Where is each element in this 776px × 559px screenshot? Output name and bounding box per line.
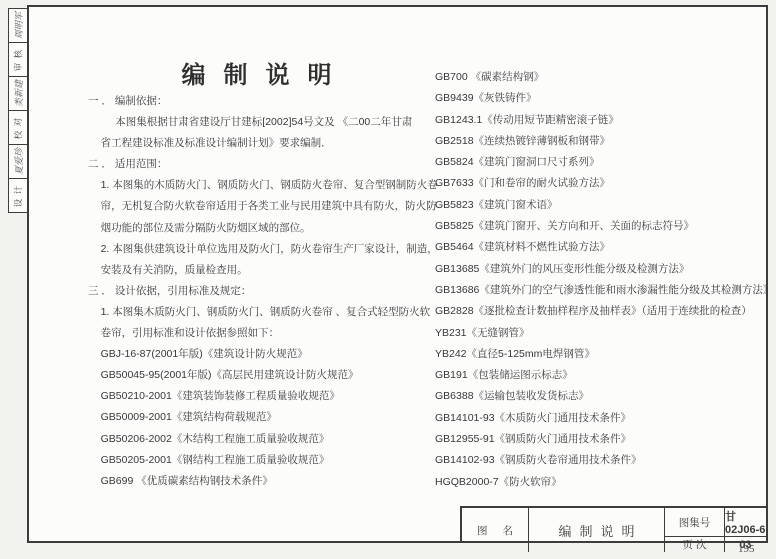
text-line: 二 ． 适用范围：	[88, 154, 436, 175]
text-line: GB9439《灰铁铸件》	[435, 88, 767, 109]
text-line: GB2518《连续热镀锌薄钢板和钢带》	[435, 131, 767, 152]
reviewer-label-text: 审 核	[13, 48, 25, 70]
sidebar-cell-reviewer-label: 审 核	[9, 43, 28, 77]
drawing-name-value: 编制说明	[528, 508, 664, 552]
text-line: GB13685《建筑外门的风压变形性能分级及检测方法》	[435, 259, 767, 280]
drawing-frame: 编 制 说 明 一 ． 编制依据：本图集根据甘肃省建设厅甘建标[2002]54号…	[27, 5, 768, 543]
text-line: GB1243.1《传动用短节距精密滚子链》	[435, 110, 767, 131]
text-line: GB700 《碳素结构钢》	[435, 67, 767, 88]
text-line: 省工程建设标准及标准设计编制计划》要求编制．	[88, 133, 436, 154]
designer-label-text: 设 计	[13, 184, 25, 206]
proofreader-label-text: 校 对	[13, 116, 25, 138]
sidebar-cell-proofreader-label: 校 对	[9, 111, 28, 145]
text-line: GB5823《建筑门窗术语》	[435, 195, 767, 216]
proofreader-signature-text: 类新建	[12, 80, 25, 107]
atlas-number-value: 甘02J06-6	[724, 508, 766, 536]
reviewer-signature-text: 周明军	[12, 12, 25, 39]
right-text-column: GB700 《碳素结构钢》GB9439《灰铁铸件》GB1243.1《传动用短节距…	[435, 67, 767, 493]
text-line: 三 ． 设计依据，引用标准及规定：	[88, 281, 436, 302]
page-index-label: 页 次	[664, 536, 724, 552]
sidebar-cell-reviewer-signature: 周明军	[9, 9, 28, 43]
text-line: GB699 《优质碳素结构钢技术条件》	[88, 471, 436, 492]
text-line: GB50206-2002《木结构工程施工质量验收规范》	[88, 429, 436, 450]
drawing-name-label: 图 名	[462, 508, 528, 552]
text-line: HGQB2000-7《防火软帘》	[435, 472, 767, 493]
left-text-column: 一 ． 编制依据：本图集根据甘肃省建设厅甘建标[2002]54号文及 《二00二…	[88, 91, 436, 492]
atlas-number-label: 图集号	[664, 508, 724, 536]
page-title: 编 制 说 明	[87, 55, 432, 90]
sheet-page-number: 195	[738, 543, 755, 555]
text-line: 1. 本图集木质防火门、钢质防火门、钢质防火卷帘 、复合式轻型防火软	[88, 302, 436, 323]
text-line: GB7633《门和卷帘的耐火试验方法》	[435, 173, 767, 194]
text-line: GB12955-91《钢质防火门通用技术条件》	[435, 429, 767, 450]
text-line: 一 ． 编制依据：	[88, 91, 436, 112]
sidebar-cell-proofreader-signature: 类新建	[9, 77, 28, 111]
text-line: GB5824《建筑门窗洞口尺寸系列》	[435, 152, 767, 173]
text-line: GB14102-93《钢质防火卷帘通用技术条件》	[435, 450, 767, 471]
text-line: YB231《无缝钢管》	[435, 323, 767, 344]
designer-signature-text: 夏爱珍	[12, 148, 25, 175]
text-line: 烟功能的部位及需分隔防火防烟区域的部位。	[88, 218, 436, 239]
text-line: GB6388《运输包装收发货标志》	[435, 386, 767, 407]
text-line: GB5825《建筑门窗开、关方向和开、关面的标志符号》	[435, 216, 767, 237]
text-line: GB50045-95(2001年版)《高层民用建筑设计防火规范》	[88, 365, 436, 386]
text-line: GB50205-2001《钢结构工程施工质量验收规范》	[88, 450, 436, 471]
text-line: GBJ-16-87(2001年版)《建筑设计防火规范》	[88, 344, 436, 365]
text-line: 2. 本图集供建筑设计单位选用及防火门，防火卷帘生产厂家设计，制造，	[88, 239, 436, 260]
text-line: GB191《包装储运图示标志》	[435, 365, 767, 386]
sidebar-cell-designer-signature: 夏爱珍	[9, 145, 28, 179]
text-line: 卷帘，引用标准和设计依据参照如下：	[88, 323, 436, 344]
signature-sidebar: 周明军 审 核 类新建 校 对 夏爱珍 设 计	[8, 8, 28, 213]
text-line: GB50009-2001《建筑结构荷载规范》	[88, 407, 436, 428]
title-block: 图 名 编制说明 图集号 甘02J06-6 页 次 03	[460, 506, 768, 543]
text-line: GB50210-2001《建筑装饰装修工程质量验收规范》	[88, 386, 436, 407]
text-line: 本图集根据甘肃省建设厅甘建标[2002]54号文及 《二00二年甘肃	[88, 112, 436, 133]
text-line: 1. 本图集的木质防火门、钢质防火门、钢质防火卷帘、复合型钢制防火卷	[88, 175, 436, 196]
text-line: GB13686《建筑外门的空气渗透性能和雨水渗漏性能分级及其检测方法》	[435, 280, 767, 301]
text-line: YB242《直径5-125mm电焊钢管》	[435, 344, 767, 365]
text-line: GB14101-93《木质防火门通用技术条件》	[435, 408, 767, 429]
text-line: GB5464《建筑材料不燃性试验方法》	[435, 237, 767, 258]
sidebar-cell-designer-label: 设 计	[9, 179, 28, 212]
text-line: GB2828《逐批检查计数抽样程序及抽样表》（适用于连续批的检查）	[435, 301, 767, 322]
text-line: 安装及有关消防，质量检查用。	[88, 260, 436, 281]
text-line: 帘，无机复合防火软卷帘适用于各类工业与民用建筑中具有防火，防火防	[88, 196, 436, 217]
